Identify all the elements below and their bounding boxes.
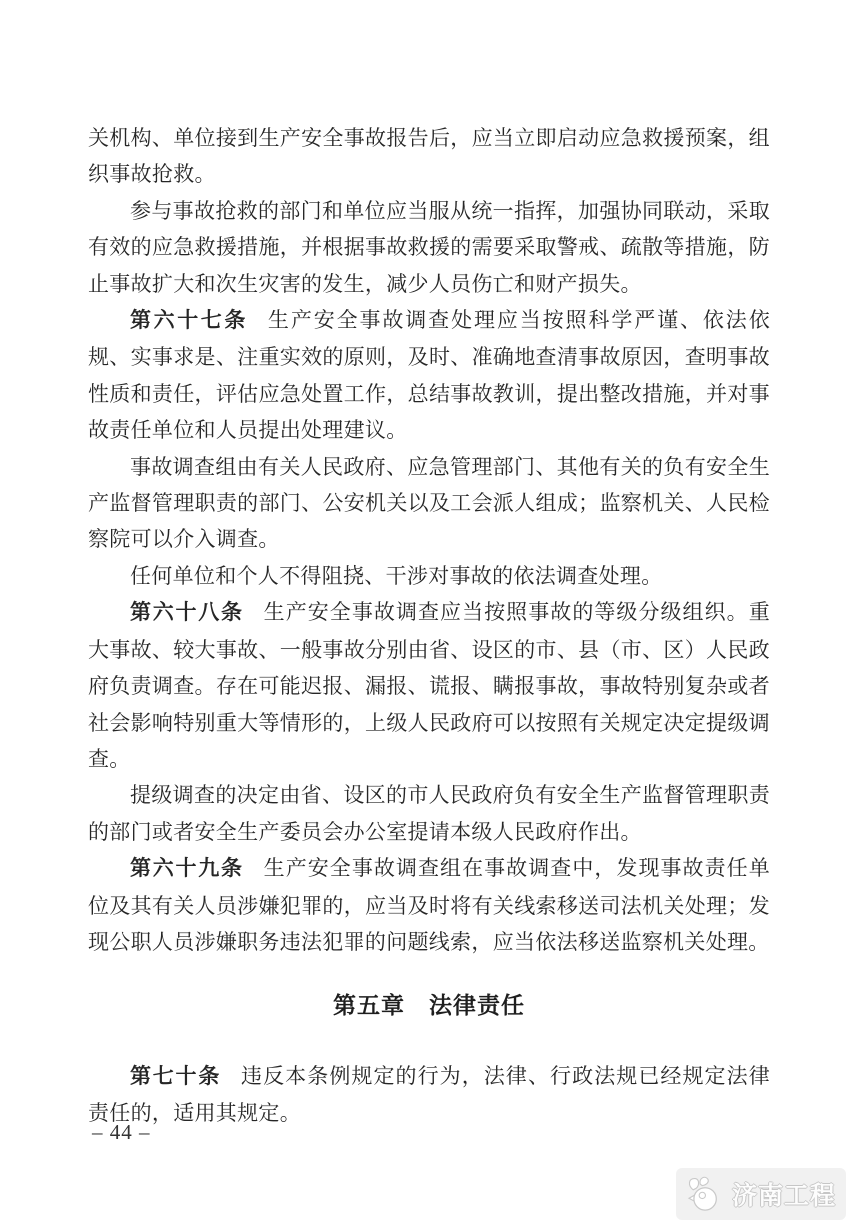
article-number: 第六十七条	[130, 309, 248, 332]
chick-logo-icon	[682, 1174, 724, 1214]
paragraph-text: 关机构、单位接到生产安全事故报告后，应当立即启动应急救援预案，组织事故抢救。	[88, 126, 770, 186]
paragraph: 参与事故抢救的部门和单位应当服从统一指挥，加强协同联动，采取有效的应急救援措施，…	[88, 193, 770, 302]
paragraph-text: 参与事故抢救的部门和单位应当服从统一指挥，加强协同联动，采取有效的应急救援措施，…	[88, 199, 770, 296]
paragraph: 关机构、单位接到生产安全事故报告后，应当立即启动应急救援预案，组织事故抢救。	[88, 120, 770, 193]
brand-watermark: 济南工程	[676, 1168, 846, 1220]
document-page: 关机构、单位接到生产安全事故报告后，应当立即启动应急救援预案，组织事故抢救。 参…	[0, 0, 856, 1225]
paragraph: 事故调查组由有关人民政府、应急管理部门、其他有关的负有安全生产监督管理职责的部门…	[88, 449, 770, 558]
paragraph: 第六十九条生产安全事故调查组在事故调查中，发现事故责任单位及其有关人员涉嫌犯罪的…	[88, 850, 770, 960]
page-number: – 44 –	[92, 1120, 151, 1145]
paragraph-text: 任何单位和个人不得阻挠、干涉对事故的依法调查处理。	[130, 564, 663, 588]
article-text-block: 关机构、单位接到生产安全事故报告后，应当立即启动应急救援预案，组织事故抢救。 参…	[88, 120, 770, 1132]
paragraph: 任何单位和个人不得阻挠、干涉对事故的依法调查处理。	[88, 558, 770, 594]
paragraph-text: 事故调查组由有关人民政府、应急管理部门、其他有关的负有安全生产监督管理职责的部门…	[88, 455, 770, 552]
brand-name: 济南工程	[732, 1176, 836, 1212]
paragraph: 提级调查的决定由省、设区的市人民政府负有安全生产监督管理职责的部门或者安全生产委…	[88, 777, 770, 850]
article-number: 第六十九条	[130, 857, 244, 880]
paragraph-text: 生产安全事故调查应当按照事故的等级分级组织。重大事故、较大事故、一般事故分别由省…	[88, 600, 770, 771]
paragraph: 第七十条违反本条例规定的行为，法律、行政法规已经规定法律责任的，适用其规定。	[88, 1058, 770, 1132]
article-number: 第七十条	[130, 1065, 221, 1088]
article-number: 第六十八条	[130, 601, 244, 624]
paragraph: 第六十八条生产安全事故调查应当按照事故的等级分级组织。重大事故、较大事故、一般事…	[88, 594, 770, 777]
paragraph: 第六十七条生产安全事故调查处理应当按照科学严谨、依法依规、实事求是、注重实效的原…	[88, 302, 770, 449]
chapter-heading: 第五章 法律责任	[88, 987, 770, 1023]
paragraph-text: 提级调查的决定由省、设区的市人民政府负有安全生产监督管理职责的部门或者安全生产委…	[88, 783, 770, 843]
